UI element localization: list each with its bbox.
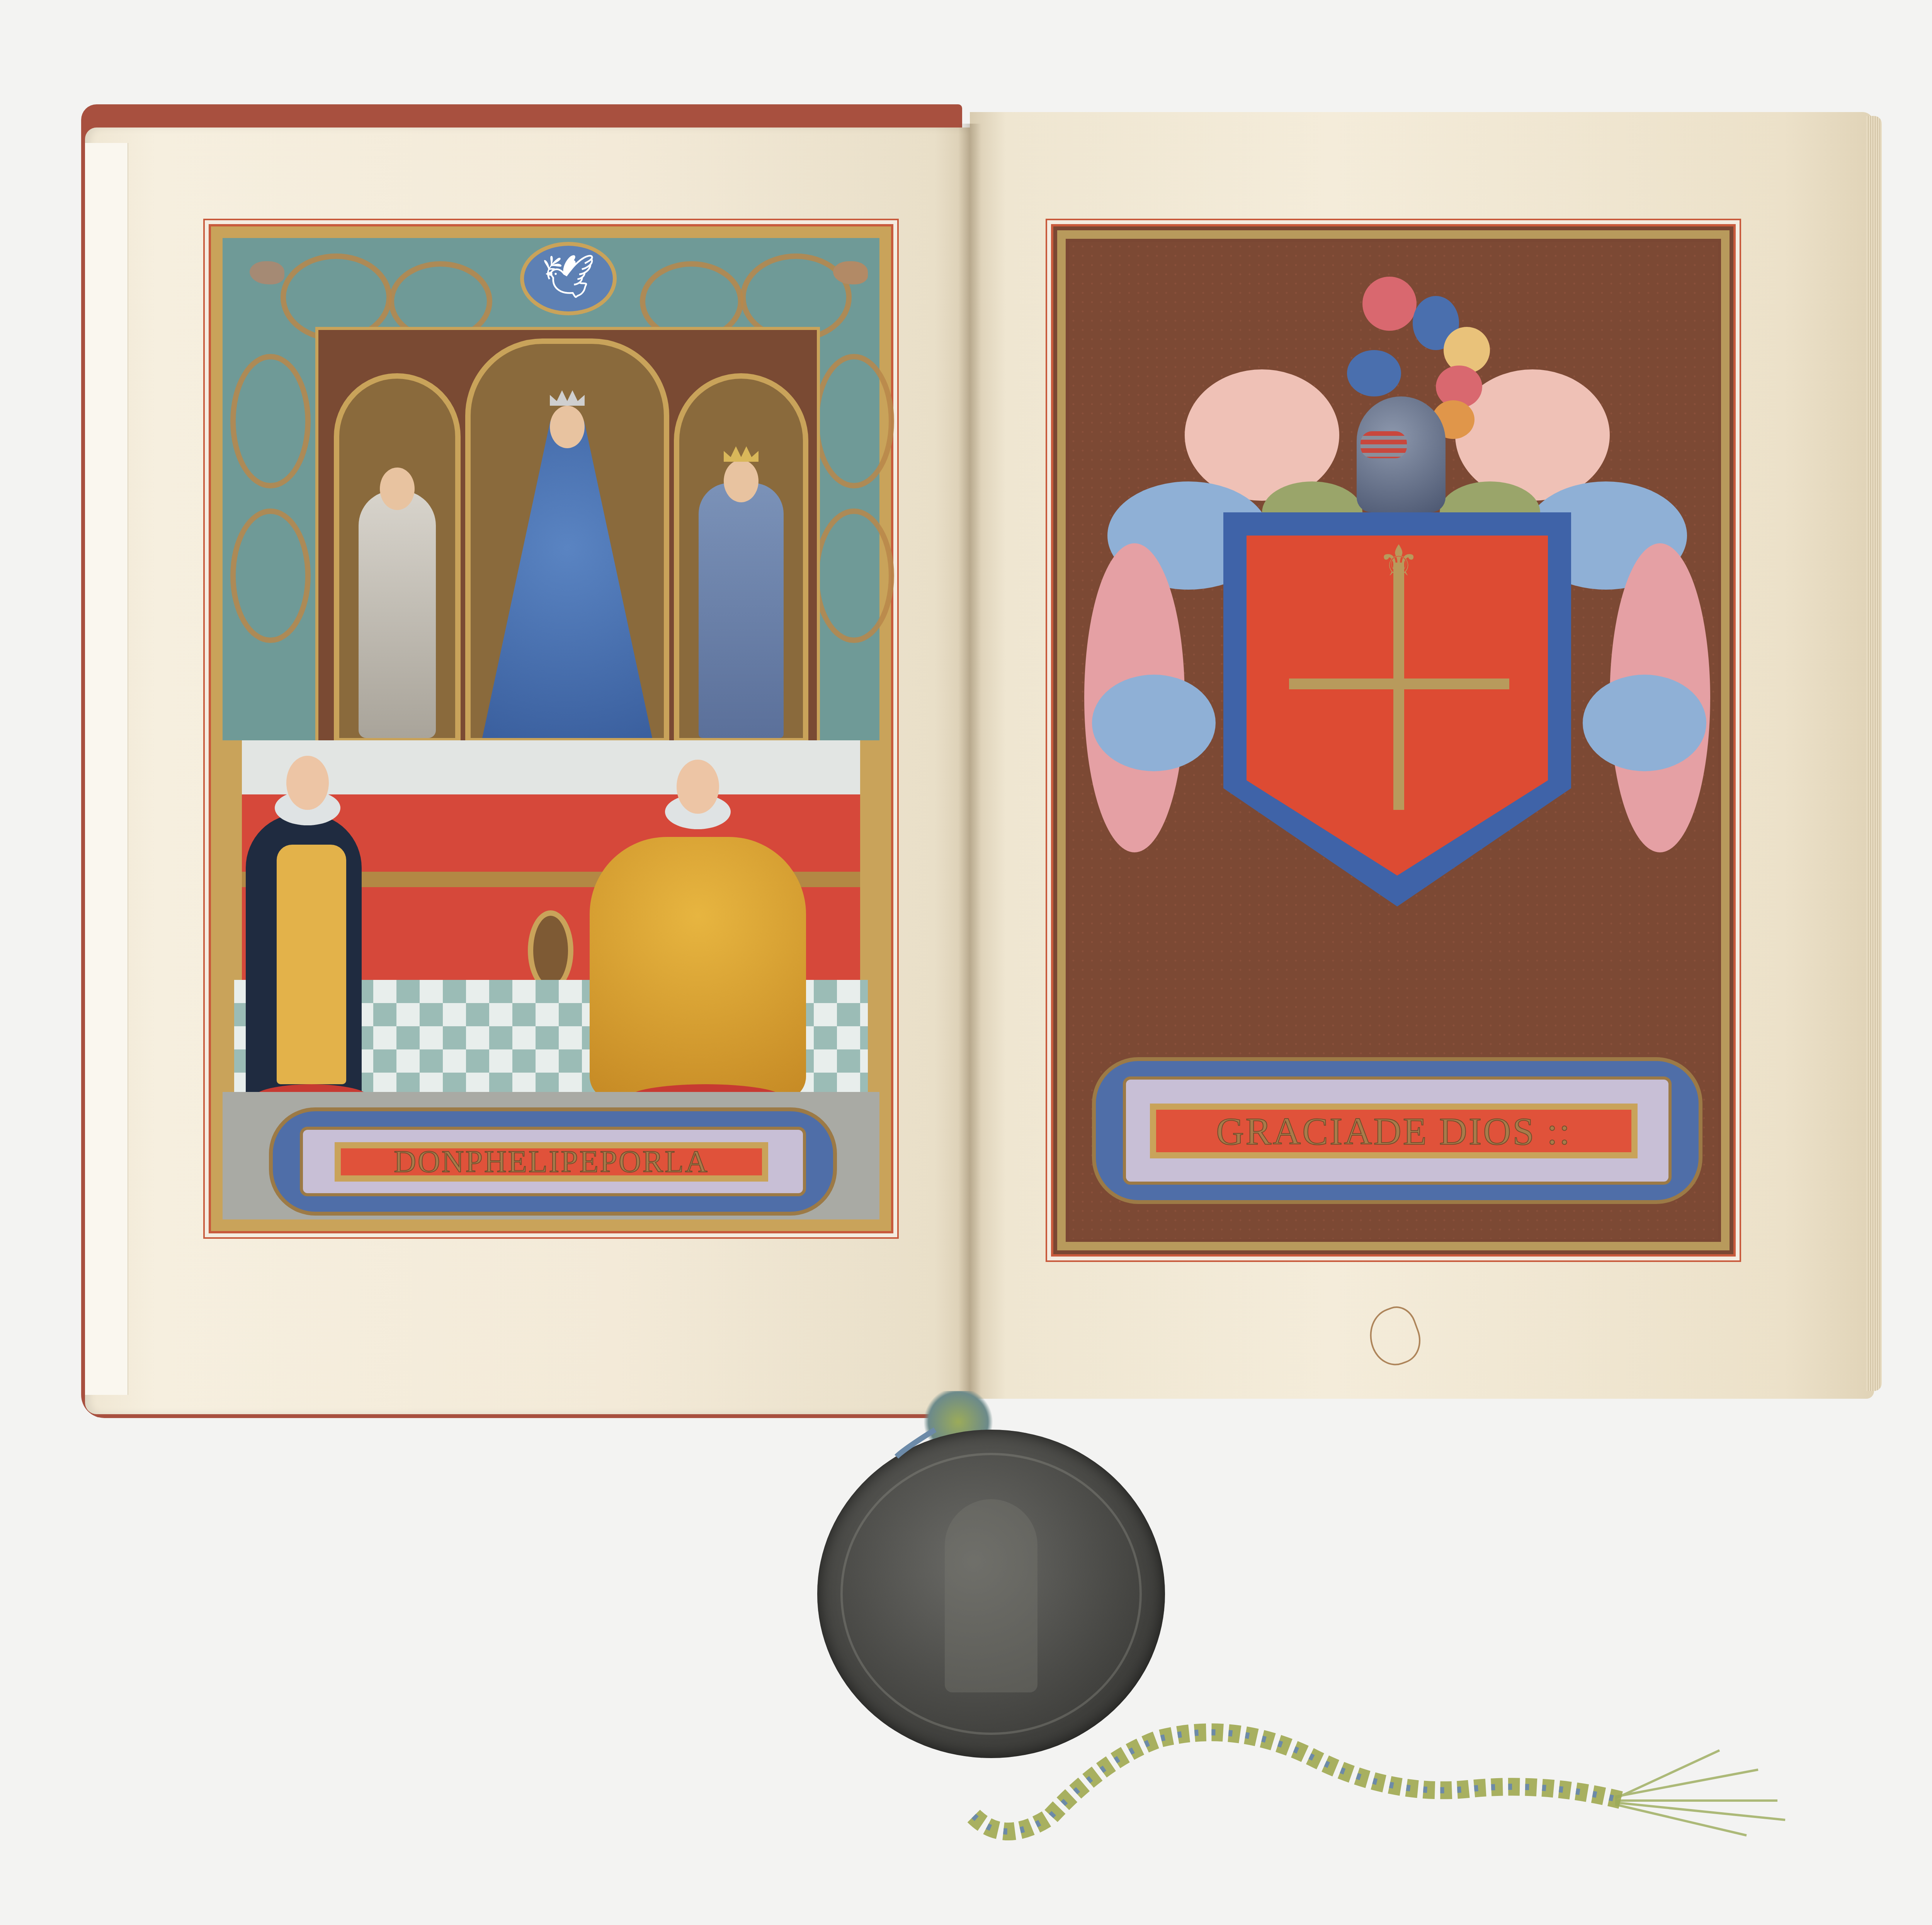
- blue-plume: [1347, 350, 1401, 396]
- dove-icon: 🕊: [541, 255, 595, 298]
- red-plume: [1362, 277, 1417, 331]
- book-gutter: [958, 124, 981, 1414]
- blue-mantling: [1583, 675, 1706, 771]
- yellow-plume: [1444, 327, 1490, 373]
- gold-scroll-ornament: [230, 354, 311, 488]
- virgin-and-child-figure: [482, 421, 652, 738]
- left-illumination: 🕊: [209, 224, 893, 1233]
- left-banner: DONPHELIPEPORLA: [269, 1107, 837, 1216]
- triptych-niches: [315, 327, 820, 758]
- diapered-brown-field: ⚜ GRACIADE DIOS ::: [1069, 242, 1718, 1239]
- gold-scroll-ornament: [230, 508, 311, 643]
- dove-medallion: 🕊: [520, 242, 617, 315]
- fleur-de-lis-icon: ⚜: [1378, 539, 1420, 586]
- pink-mantling: [1185, 369, 1339, 501]
- gold-scroll-ornament: [814, 354, 894, 488]
- teal-scroll-border: 🕊: [223, 238, 879, 740]
- altar-cartouche: [528, 910, 573, 991]
- barred-helmet: [1357, 396, 1446, 512]
- banner-text-left: DONPHELIPEPORLA: [341, 1148, 762, 1175]
- bird-icon: [250, 261, 284, 284]
- king-saint-figure: [699, 483, 784, 738]
- blue-mantling: [1092, 675, 1216, 771]
- left-page-guard-strip: [85, 143, 128, 1395]
- page-leaves-edge: [1866, 116, 1882, 1391]
- right-illumination: ⚜ GRACIADE DIOS ::: [1051, 224, 1736, 1257]
- niche-center: [465, 338, 669, 743]
- silk-cord: [889, 1391, 1855, 1855]
- right-banner: GRACIADE DIOS ::: [1092, 1057, 1702, 1204]
- niche-left: [334, 373, 461, 743]
- niche-right: [674, 373, 808, 743]
- female-donor: [590, 767, 806, 1100]
- male-donor: [246, 767, 369, 1100]
- gold-scroll-ornament: [814, 508, 894, 643]
- banner-text-right: GRACIADE DIOS ::: [1156, 1110, 1631, 1152]
- friar-saint-figure: [359, 491, 436, 738]
